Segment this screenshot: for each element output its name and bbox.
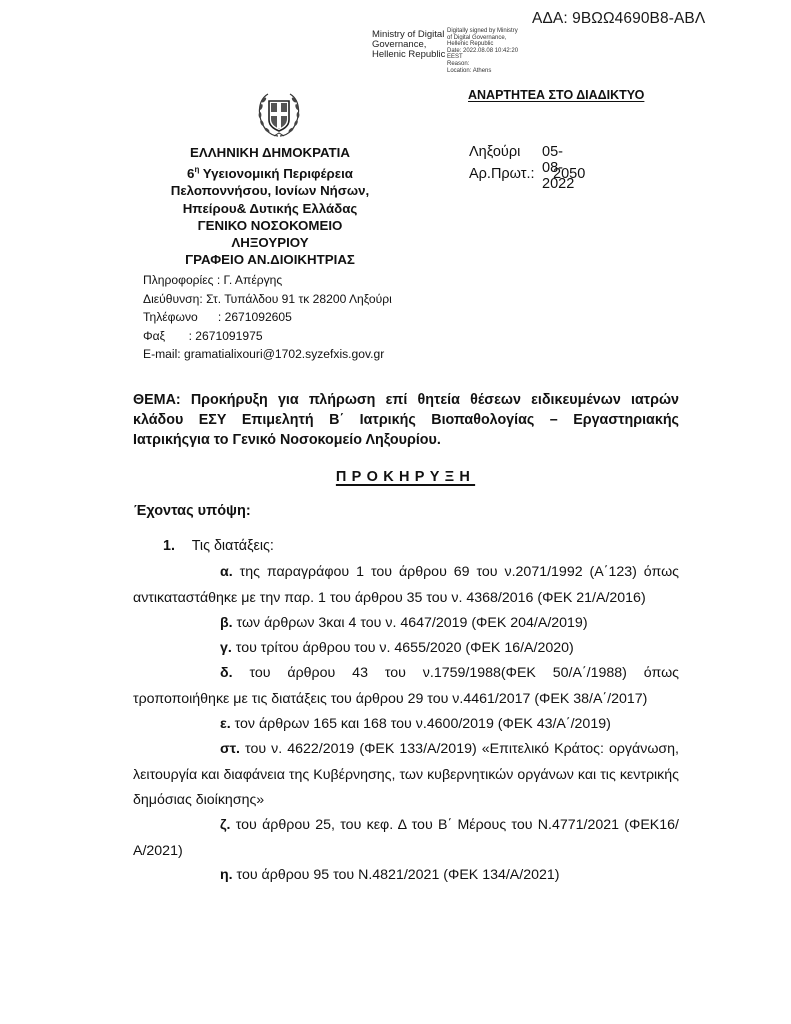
protocol-row: Αρ.Πρωτ.: 2050 bbox=[469, 166, 535, 182]
provision-eta: η. του άρθρου 95 του Ν.4821/2021 (ΦΕΚ 13… bbox=[133, 863, 679, 889]
provision-text: του άρθρου 95 του Ν.4821/2021 (ΦΕΚ 134/Α… bbox=[233, 867, 560, 883]
document-title: ΠΡΟΚΗΡΥΞΗ bbox=[0, 469, 791, 485]
org-office: ΓΡΑΦΕΙΟ ΑΝ.ΔΙΟΙΚΗΤΡΙΑΣ bbox=[140, 251, 400, 268]
provision-text: τον άρθρων 165 και 168 του ν.4600/2019 (… bbox=[231, 716, 611, 732]
contact-fax: Φαξ : 2671091975 bbox=[143, 327, 392, 346]
contact-phone: Τηλέφωνο : 2671092605 bbox=[143, 308, 392, 327]
post-online-notice: ΑΝΑΡΤΗΤΕΑ ΣΤΟ ΔΙΑΔΙΚΤΥΟ bbox=[468, 88, 644, 102]
org-region-line: Ηπείρου& Δυτικής Ελλάδας bbox=[140, 200, 400, 217]
place-label: Ληξούρι bbox=[469, 144, 520, 160]
contact-info: Πληροφορίες : Γ. Απέργης bbox=[143, 271, 392, 290]
org-hospital-city: ΛΗΞΟΥΡΙΟΥ bbox=[140, 234, 400, 251]
document-subject: ΘΕΜΑ: Προκήρυξη για πλήρωση επί θητεία θ… bbox=[133, 390, 679, 450]
provision-zeta: ζ. του άρθρου 25, του κεφ. Δ του Β΄ Μέρο… bbox=[133, 813, 679, 864]
signature-detail-line: of Digital Governance, bbox=[447, 35, 518, 42]
provision-text: του ν. 4622/2019 (ΦΕΚ 133/Α/2019) «Επιτε… bbox=[133, 741, 679, 808]
protocol-number: 2050 bbox=[553, 166, 585, 182]
signature-details: Digitally signed by Ministry of Digital … bbox=[447, 28, 518, 74]
provision-label: ε. bbox=[220, 716, 231, 732]
provision-text: του άρθρου 43 του ν.1759/1988(ΦΕΚ 50/Α΄/… bbox=[133, 665, 679, 707]
title-text: ΠΡΟΚΗΡΥΞΗ bbox=[316, 469, 475, 485]
coat-of-arms-icon bbox=[254, 88, 304, 140]
provision-text: των άρθρων 3και 4 του ν. 4647/2019 (ΦΕΚ … bbox=[233, 615, 588, 631]
signature-detail-line: Location: Athens bbox=[447, 68, 518, 75]
contact-email: E-mail: gramatialixouri@1702.syzefxis.go… bbox=[143, 345, 392, 364]
item-number: 1. bbox=[163, 538, 188, 554]
provision-stigma: στ. του ν. 4622/2019 (ΦΕΚ 133/Α/2019) «Ε… bbox=[133, 737, 679, 814]
numbered-item: 1. Τις διατάξεις: bbox=[163, 538, 274, 554]
having-in-mind-heading: Έχοντας υπόψη: bbox=[134, 503, 251, 519]
provision-label: δ. bbox=[220, 665, 233, 681]
ada-code: ΑΔΑ: 9ΒΩΩ4690Β8-ΑΒΛ bbox=[532, 10, 705, 28]
provision-label: α. bbox=[220, 564, 233, 580]
organization-header: ΕΛΛΗΝΙΚΗ ΔΗΜΟΚΡΑΤΙΑ 6η Υγειονομική Περιφ… bbox=[140, 144, 400, 268]
provision-label: η. bbox=[220, 867, 233, 883]
signature-detail-line: Reason: bbox=[447, 61, 518, 68]
provision-gamma: γ. του τρίτου άρθρου του ν. 4655/2020 (Φ… bbox=[133, 636, 679, 662]
protocol-label: Αρ.Πρωτ.: bbox=[469, 166, 535, 182]
provision-alpha: α. της παραγράφου 1 του άρθρου 69 του ν.… bbox=[133, 560, 679, 611]
org-country: ΕΛΛΗΝΙΚΗ ΔΗΜΟΚΡΑΤΙΑ bbox=[140, 144, 400, 161]
provision-text: της παραγράφου 1 του άρθρου 69 του ν.207… bbox=[133, 564, 679, 606]
provision-delta: δ. του άρθρου 43 του ν.1759/1988(ΦΕΚ 50/… bbox=[133, 661, 679, 712]
provision-text: του τρίτου άρθρου του ν. 4655/2020 (ΦΕΚ … bbox=[232, 640, 574, 656]
provision-label: ζ. bbox=[220, 817, 230, 833]
signature-detail-line: Hellenic Republic bbox=[447, 41, 518, 48]
signer-line: Hellenic Republic bbox=[372, 50, 445, 60]
contact-details: Πληροφορίες : Γ. Απέργης Διεύθυνση: Στ. … bbox=[143, 271, 392, 364]
org-health-region: 6η Υγειονομική Περιφέρεια bbox=[140, 161, 400, 182]
date-row: Ληξούρι 05-08-2022 bbox=[469, 144, 520, 160]
provision-epsilon: ε. τον άρθρων 165 και 168 του ν.4600/201… bbox=[133, 712, 679, 738]
signature-signer: Ministry of Digital Governance, Hellenic… bbox=[372, 30, 445, 60]
provision-label: γ. bbox=[220, 640, 232, 656]
provision-beta: β. των άρθρων 3και 4 του ν. 4647/2019 (Φ… bbox=[133, 611, 679, 637]
signature-detail-line: EEST bbox=[447, 54, 518, 61]
signature-detail-line: Date: 2022.08.08 10:42:20 bbox=[447, 48, 518, 55]
contact-address: Διεύθυνση: Στ. Τυπάλδου 91 τκ 28200 Ληξο… bbox=[143, 290, 392, 309]
provision-label: στ. bbox=[220, 741, 240, 757]
signature-detail-line: Digitally signed by Ministry bbox=[447, 28, 518, 35]
item-text: Τις διατάξεις: bbox=[192, 538, 274, 554]
org-region-line: Πελοποννήσου, Ιονίων Νήσων, bbox=[140, 182, 400, 199]
org-hospital: ΓΕΝΙΚΟ ΝΟΣΟΚΟΜΕΙΟ bbox=[140, 217, 400, 234]
provision-text: του άρθρου 25, του κεφ. Δ του Β΄ Μέρους … bbox=[133, 817, 679, 859]
provision-label: β. bbox=[220, 615, 233, 631]
